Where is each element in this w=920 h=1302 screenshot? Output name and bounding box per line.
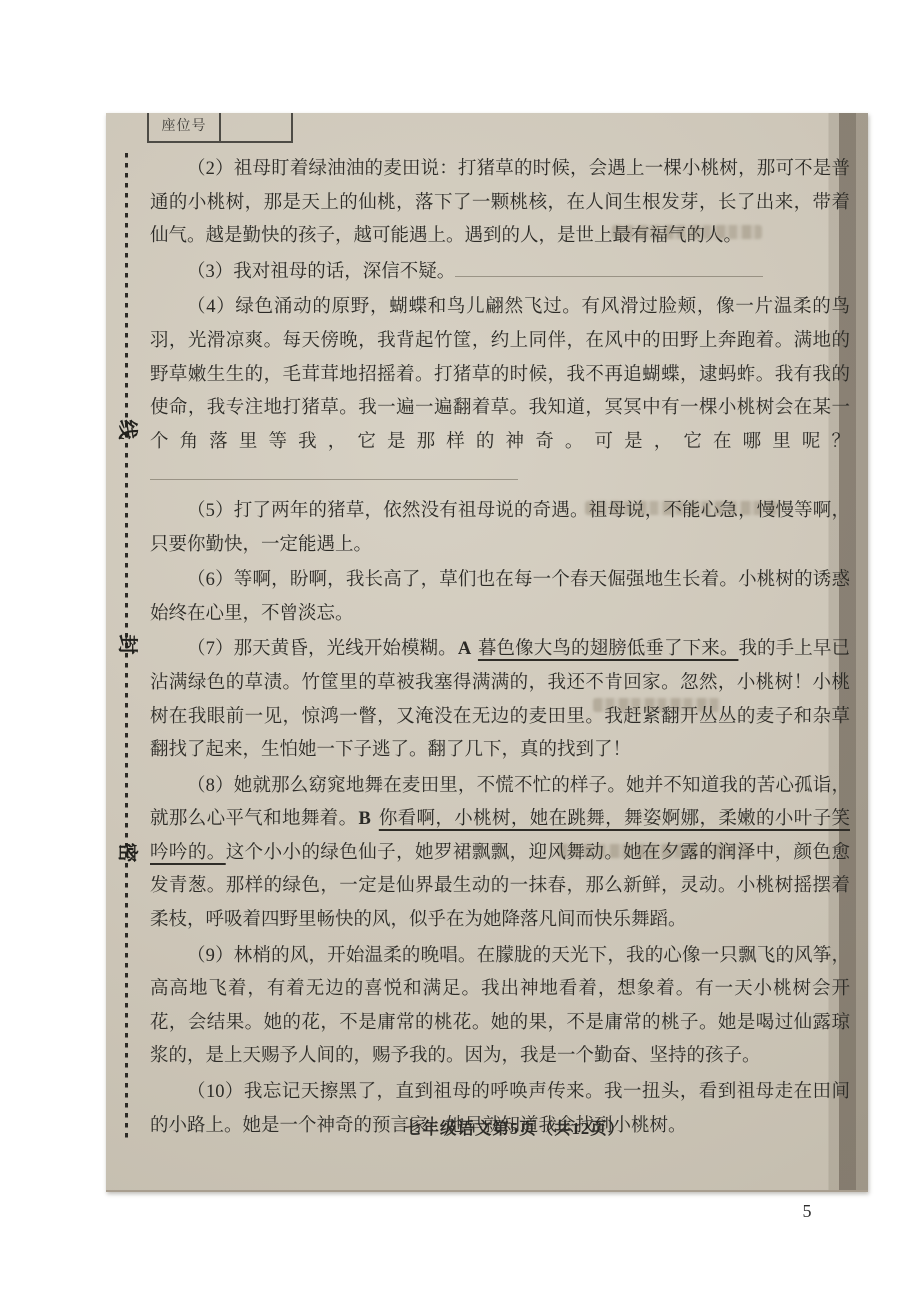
exam-paper-photo: 座位号 线 封 密 （2）祖母盯着绿油油的麦田说：打猪草的时候，会遇上一棵小桃树… — [106, 113, 868, 1192]
passage-paragraph-7: （7）那天黄昏，光线开始模糊。A 暮色像大鸟的翅膀低垂了下来。我的手上早已沾满绿… — [150, 633, 850, 767]
passage-text-column: （2）祖母盯着绿油油的麦田说：打猪草的时候，会遇上一棵小桃树，那可不是普通的小桃… — [150, 153, 850, 1145]
passage-paragraph-9: （9）林梢的风，开始温柔的晚唱。在朦胧的天光下，我的心像一只飘飞的风筝，高高地飞… — [150, 940, 850, 1074]
underlined-sentence-a: 暮色像大鸟的翅膀低垂了下来。 — [478, 639, 739, 659]
faint-answer-line — [455, 272, 763, 277]
sentence-label-a: A — [457, 639, 478, 659]
binding-char-xian: 线 — [113, 416, 140, 443]
passage-paragraph-2: （2）祖母盯着绿油油的麦田说：打猪草的时候，会遇上一棵小桃树，那可不是普通的小桃… — [150, 153, 850, 254]
seat-number-box: 座位号 — [147, 113, 293, 143]
paragraph-text: （2）祖母盯着绿油油的麦田说：打猪草的时候，会遇上一棵小桃树，那可不是普通的小桃… — [150, 159, 850, 246]
binding-char-feng: 封 — [113, 631, 140, 658]
paragraph-text: （5）打了两年的猪草，依然没有祖母说的奇遇。祖母说，不能心急，慢慢等啊，只要你勤… — [150, 501, 850, 555]
paragraph-text: （9）林梢的风，开始温柔的晚唱。在朦胧的天光下，我的心像一只飘飞的风筝，高高地飞… — [150, 946, 850, 1067]
passage-paragraph-5: （5）打了两年的猪草，依然没有祖母说的奇遇。祖母说，不能心急，慢慢等啊，只要你勤… — [150, 495, 850, 562]
paragraph-text: （4）绿色涌动的原野，蝴蝶和鸟儿翩然飞过。有风滑过脸颊，像一片温柔的鸟羽，光滑凉… — [150, 297, 850, 451]
passage-paragraph-6: （6）等啊，盼啊，我长高了，草们也在每一个春天倔强地生长着。小桃树的诱惑始终在心… — [150, 564, 850, 631]
paragraph-text: （6）等啊，盼啊，我长高了，草们也在每一个春天倔强地生长着。小桃树的诱惑始终在心… — [150, 570, 850, 624]
binding-char-mi: 密 — [113, 839, 140, 866]
page-footer: 七年级语文第5页（共12页） — [345, 1115, 685, 1139]
passage-paragraph-3: （3）我对祖母的话，深信不疑。 — [150, 256, 850, 290]
passage-paragraph-4: （4）绿色涌动的原野，蝴蝶和鸟儿翩然飞过。有风滑过脸颊，像一片温柔的鸟羽，光滑凉… — [150, 291, 850, 493]
passage-paragraph-8: （8）她就那么窈窕地舞在麦田里，不慌不忙的样子。她并不知道我的苦心孤诣，就那么心… — [150, 770, 850, 938]
paragraph-text: （3）我对祖母的话，深信不疑。 — [187, 262, 455, 282]
paragraph-text: （7）那天黄昏，光线开始模糊。 — [187, 639, 457, 659]
sentence-label-b: B — [357, 809, 378, 829]
scan-backdrop: 座位号 线 封 密 （2）祖母盯着绿油油的麦田说：打猪草的时候，会遇上一棵小桃树… — [0, 0, 920, 1302]
faint-answer-line — [150, 475, 518, 480]
paragraph-text: 这个小小的绿色仙子，她罗裙飘飘，迎风舞动。她在夕露的润泽中，颜色愈发青葱。那样的… — [150, 843, 850, 930]
seat-number-blank-cell — [221, 113, 291, 141]
seat-number-label: 座位号 — [149, 113, 221, 141]
corner-page-number: 5 — [795, 1201, 819, 1222]
